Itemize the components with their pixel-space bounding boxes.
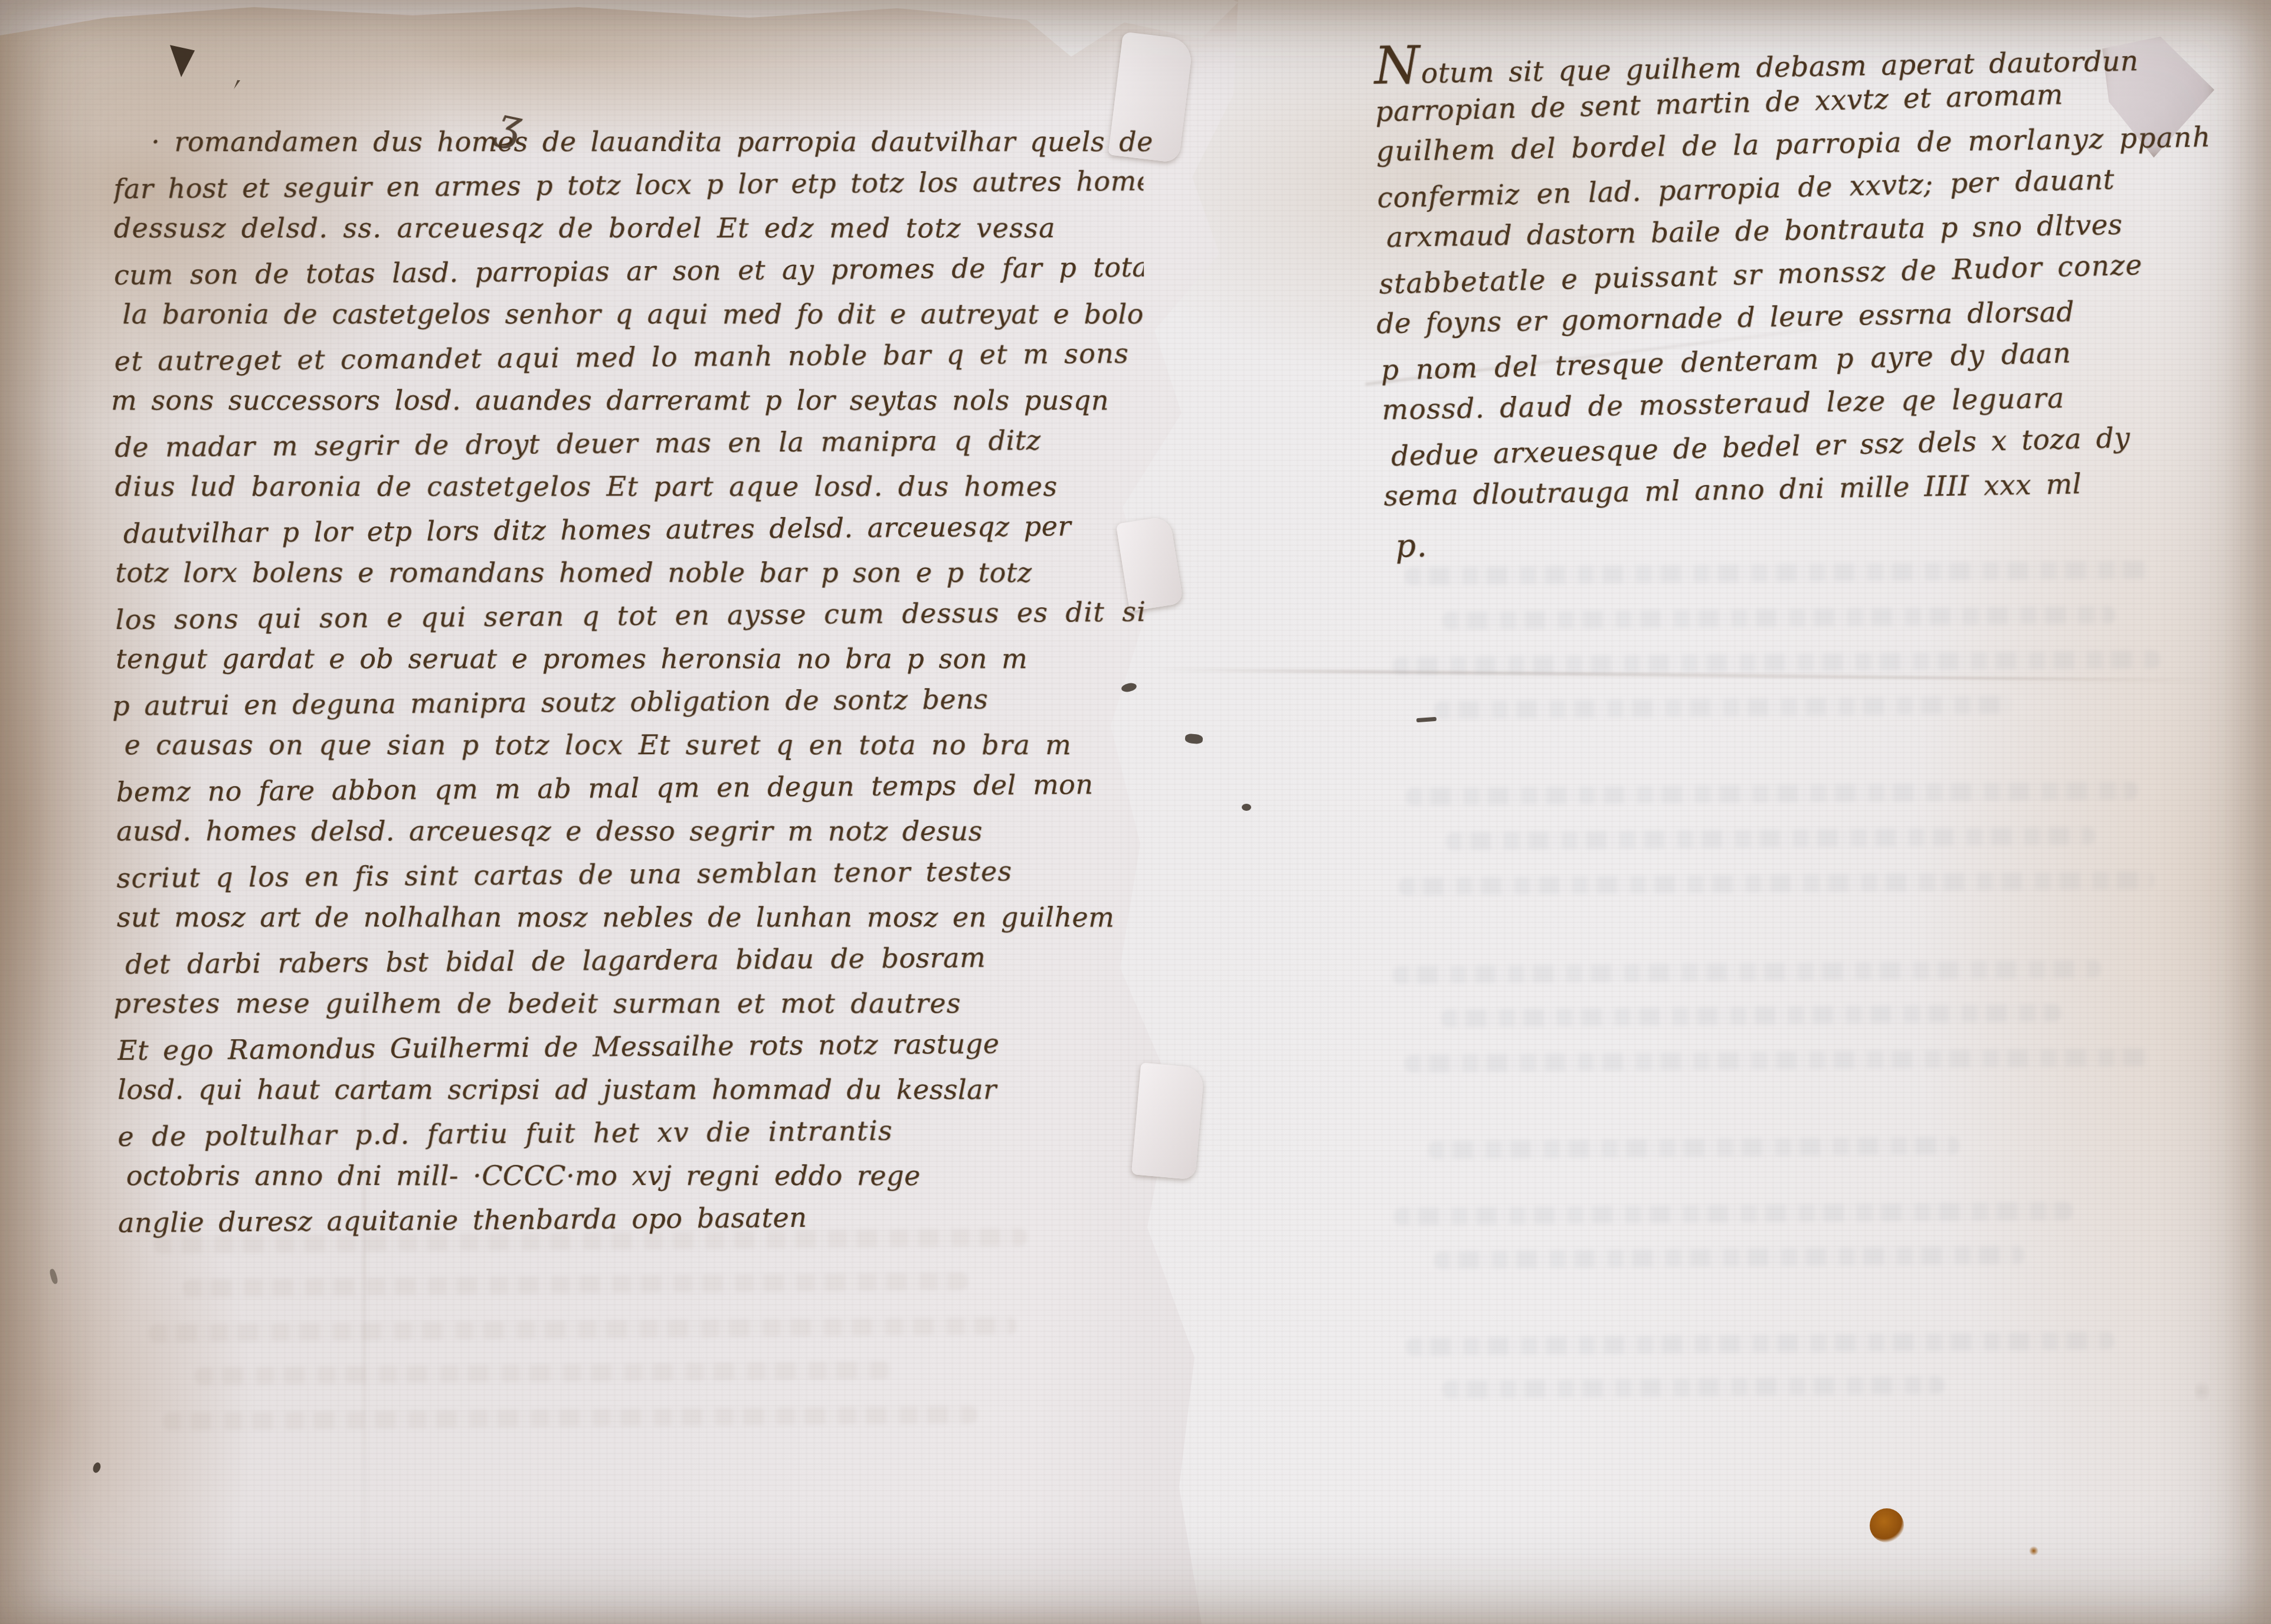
- manuscript-line: e de poltulhar p.d. fartiu fuit het xv d…: [117, 1107, 1148, 1158]
- manuscript-line: ausd. homes delsd. arceuesqz e desso seg…: [116, 810, 1146, 853]
- ink-speck: [1242, 804, 1251, 811]
- manuscript-line: dessusz delsd. ss. arceuesqz de bordel E…: [114, 207, 1144, 250]
- left-page-text-block: · romandamen dus homes de lauandita parr…: [113, 118, 1157, 1243]
- manuscript-line: m sons successors losd. auandes darreram…: [111, 379, 1141, 422]
- manuscript-line: dius lud baronia de castetgelos Et part …: [115, 465, 1145, 508]
- manuscript-line: los sons qui son e qui seran q tot en ay…: [115, 590, 1146, 641]
- manuscript-line: far host et seguir en armes p totz locx …: [113, 159, 1144, 211]
- manuscript-line: losd. qui haut cartam scripsi ad justam …: [117, 1068, 1147, 1111]
- flourished-initial: N: [1374, 34, 1422, 96]
- paper-tear-bit: [2194, 1380, 2210, 1403]
- rust-stain-spot: [2029, 1546, 2038, 1556]
- manuscript-line: bemz no fare abbon qm m ab mal qm en deg…: [116, 762, 1147, 814]
- manuscript-line: scriut q los en fis sint cartas de una s…: [116, 849, 1147, 900]
- manuscript-line: · romandamen dus homes de lauandita parr…: [151, 120, 1152, 163]
- manuscript-line: sut mosz art de nolhalhan mosz nebles de…: [117, 896, 1147, 939]
- manuscript-line: tengut gardat e ob seruat e promes heron…: [116, 637, 1146, 680]
- manuscript-line: dautvilhar p lor etp lors ditz homes aut…: [123, 504, 1154, 555]
- manuscript-line: anglie duresz aquitanie thenbarda opo ba…: [118, 1193, 1148, 1245]
- manuscript-photo: · romandamen dus homes de lauandita parr…: [0, 0, 2271, 1624]
- rust-stain-spot: [1870, 1508, 1904, 1543]
- manuscript-line: prestes mese guilhem de bedeit surman et…: [114, 982, 1144, 1025]
- manuscript-line: det darbi rabers bst bidal de lagardera …: [125, 935, 1156, 986]
- manuscript-line: et autreget et comandet aqui med lo manh…: [114, 332, 1144, 383]
- right-page-text-block: Notum sit que guilhem debasm aperat daut…: [1374, 27, 2265, 566]
- manuscript-line: de madar m segrir de droyt deuer mas en …: [114, 418, 1145, 469]
- manuscript-line: totz lorx bolens e romandans homed noble…: [115, 551, 1145, 594]
- manuscript-line: e causas on que sian p totz locx Et sure…: [125, 723, 1154, 767]
- manuscript-line: p autrui en deguna manipra soutz obligat…: [112, 676, 1143, 728]
- manuscript-line: cum son de totas lasd. parropias ar son …: [114, 245, 1144, 297]
- manuscript-line: la baronia de castetgelos senhor q aqui …: [122, 293, 1152, 336]
- manuscript-line: octobris anno dni mill- ·CCCC·mo xvj reg…: [126, 1154, 1156, 1197]
- manuscript-line: Et ego Ramondus Guilhermi de Messailhe r…: [117, 1021, 1148, 1072]
